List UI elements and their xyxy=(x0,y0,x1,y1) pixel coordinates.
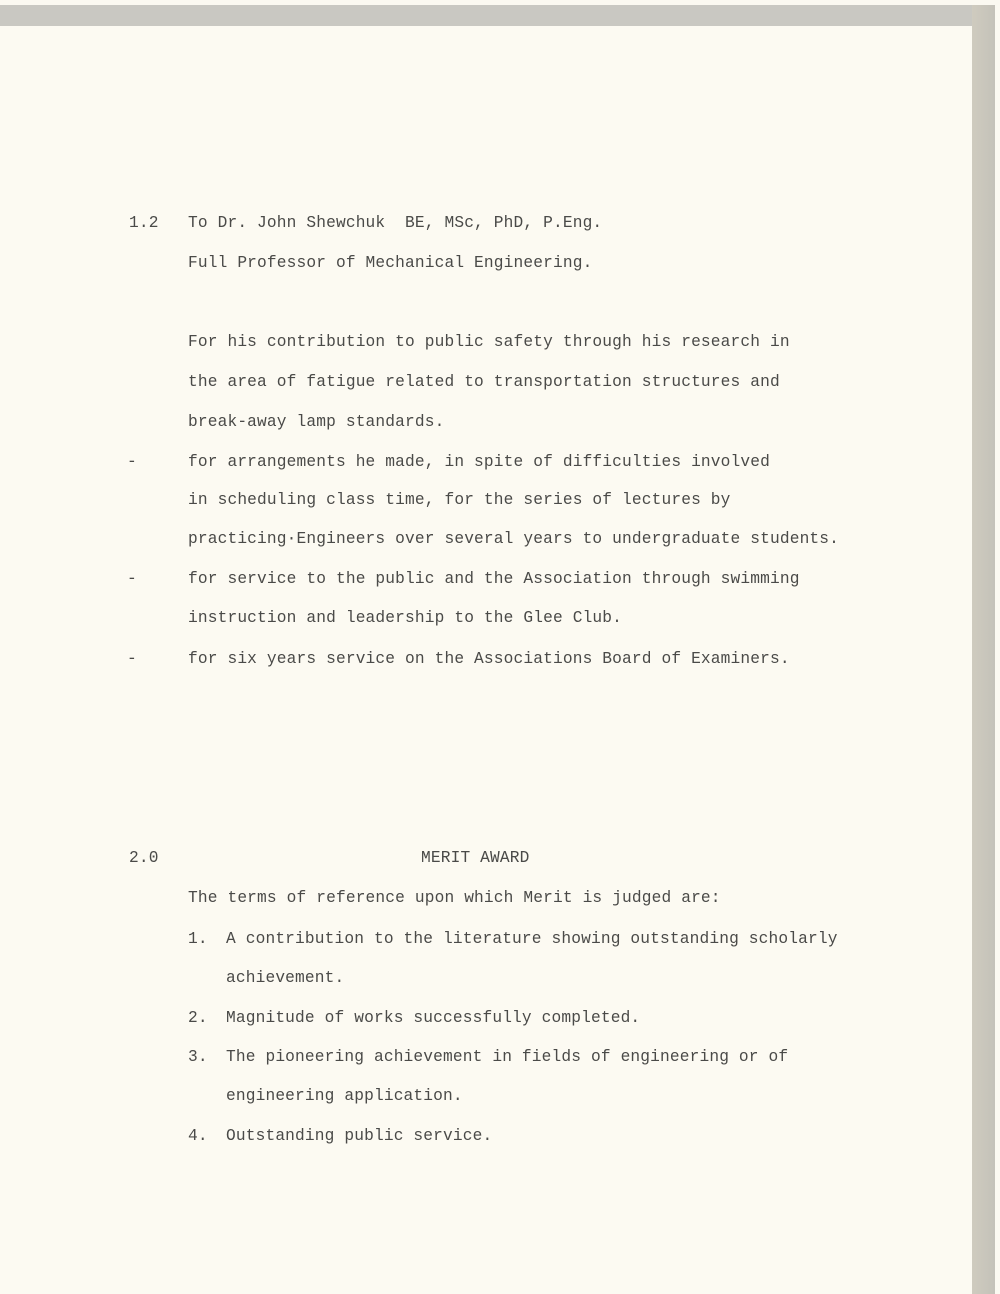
bullet-line: for service to the public and the Associ… xyxy=(188,569,800,589)
bullet-line: for arrangements he made, in spite of di… xyxy=(188,452,770,472)
bullet-dash-icon: - xyxy=(127,569,137,589)
recipient-line: To Dr. John Shewchuk BE, MSc, PhD, P.Eng… xyxy=(188,213,602,233)
criterion-line: A contribution to the literature showing… xyxy=(226,929,838,949)
citation-line: break-away lamp standards. xyxy=(188,412,444,432)
scan-border-right xyxy=(972,5,995,1294)
intro-line: The terms of reference upon which Merit … xyxy=(188,888,721,908)
citation-line: For his contribution to public safety th… xyxy=(188,332,790,352)
bullet-dash-icon: - xyxy=(127,452,137,472)
criterion-number: 4. xyxy=(188,1126,208,1146)
bullet-dash-icon: - xyxy=(127,649,137,669)
criterion-number: 1. xyxy=(188,929,208,949)
section-number: 2.0 xyxy=(129,848,159,868)
criterion-line: The pioneering achievement in fields of … xyxy=(226,1047,788,1067)
citation-line: the area of fatigue related to transport… xyxy=(188,372,780,392)
criterion-number: 3. xyxy=(188,1047,208,1067)
criterion-line: Magnitude of works successfully complete… xyxy=(226,1008,640,1028)
bullet-line: in scheduling class time, for the series… xyxy=(188,490,731,510)
recipient-title: Full Professor of Mechanical Engineering… xyxy=(188,253,592,273)
bullet-line: instruction and leadership to the Glee C… xyxy=(188,608,622,628)
bullet-line: for six years service on the Association… xyxy=(188,649,790,669)
section-number: 1.2 xyxy=(129,213,159,233)
section-heading: MERIT AWARD xyxy=(421,848,530,868)
criterion-line: Outstanding public service. xyxy=(226,1126,492,1146)
bullet-line: practicing·Engineers over several years … xyxy=(188,529,839,549)
criterion-number: 2. xyxy=(188,1008,208,1028)
criterion-line: achievement. xyxy=(226,968,344,988)
scan-border-top xyxy=(0,5,995,26)
criterion-line: engineering application. xyxy=(226,1086,463,1106)
